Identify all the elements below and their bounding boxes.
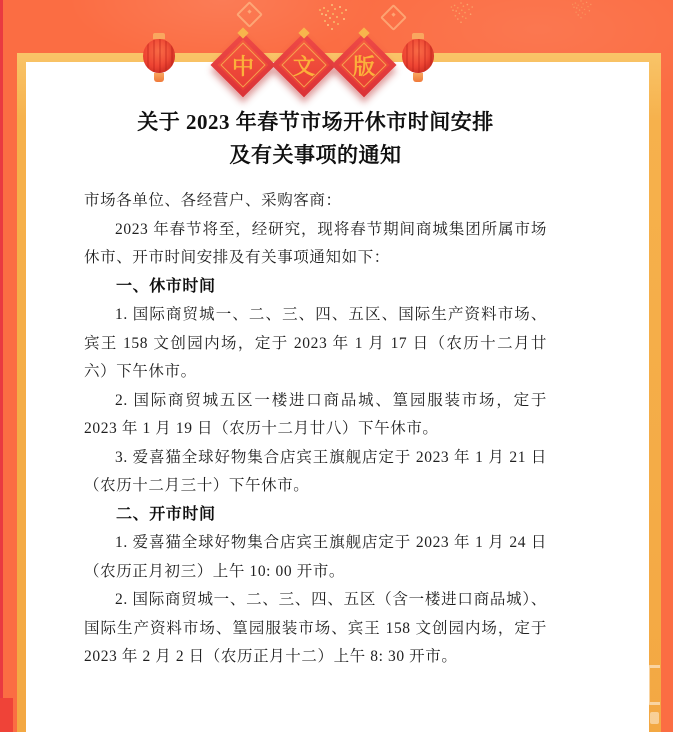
- section-heading: 一、休市时间: [84, 273, 547, 302]
- notice-page: { "banner": { "badges": ["中", "文", "版"] …: [0, 0, 673, 732]
- lantern-icon: [143, 33, 175, 82]
- paragraph: 1. 爱喜猫全球好物集合店宾王旗舰店定于 2023 年 1 月 24 日（农历正…: [84, 529, 547, 586]
- title-line-2: 及有关事项的通知: [230, 143, 402, 167]
- festive-banner: 中 文 版: [0, 0, 673, 120]
- paragraph: 市场各单位、各经营户、采购客商：: [84, 187, 547, 216]
- left-red-ribbon: [0, 0, 3, 732]
- document-body: 市场各单位、各经营户、采购客商：2023 年春节将至，经研究，现将春节期间商城集…: [84, 187, 547, 672]
- badge-character: 中: [220, 42, 266, 88]
- firework-icon: [580, 0, 581, 1]
- diamond-badge: 版: [341, 42, 387, 88]
- paragraph: 2. 国际商贸城一、二、三、四、五区（含一楼进口商品城）、国际生产资料市场、篁园…: [84, 586, 547, 672]
- left-red-ribbon-foot: [0, 698, 13, 732]
- lantern-body: [143, 39, 175, 73]
- paragraph: 1. 国际商贸城一、二、三、四、五区、国际生产资料市场、宾王 158 文创园内场…: [84, 301, 547, 387]
- diamond-badge: 文: [281, 42, 327, 88]
- firework-icon: [331, 4, 333, 6]
- watermark-fragment-icon: [647, 665, 660, 705]
- lantern-icon: [402, 33, 434, 82]
- sparkle-icon: [380, 4, 407, 31]
- firework-icon: [460, 2, 462, 4]
- lantern-tassel: [154, 73, 164, 82]
- sparkle-icon: [236, 1, 263, 28]
- watermark-fragment-icon: [650, 712, 659, 724]
- paragraph: 2. 国际商贸城五区一楼进口商品城、篁园服装市场，定于 2023 年 1 月 1…: [84, 387, 547, 444]
- paragraph: 2023 年春节将至，经研究，现将春节期间商城集团所属市场休市、开市时间安排及有…: [84, 216, 547, 273]
- notice-document: 关于 2023 年春节市场开休市时间安排 及有关事项的通知 市场各单位、各经营户…: [84, 106, 547, 672]
- badge-character: 文: [281, 42, 327, 88]
- paragraph: 3. 爱喜猫全球好物集合店宾王旗舰店定于 2023 年 1 月 21 日（农历十…: [84, 444, 547, 501]
- section-heading: 二、开市时间: [84, 501, 547, 530]
- diamond-badge: 中: [220, 42, 266, 88]
- lantern-body: [402, 39, 434, 73]
- badge-character: 版: [341, 42, 387, 88]
- lantern-tassel: [413, 73, 423, 82]
